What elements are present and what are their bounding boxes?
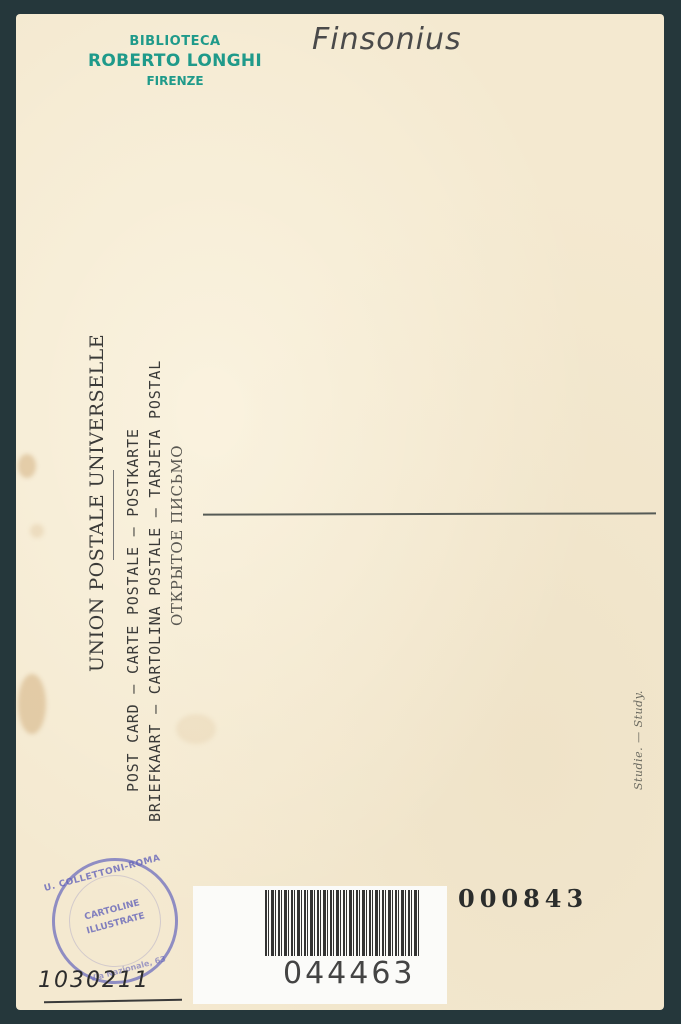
handwritten-inventory-number: 1030211 bbox=[38, 968, 150, 993]
serial-number: 000843 bbox=[458, 884, 588, 913]
barcode-number: 044463 bbox=[283, 956, 416, 991]
postcard-languages-line2: BRIEFKAART — CARTOLINA POSTALE — TARJETA… bbox=[146, 360, 164, 822]
barcode-icon bbox=[265, 890, 420, 956]
library-stamp-line2: ROBERTO LONGHI bbox=[70, 51, 280, 71]
stain bbox=[18, 454, 36, 478]
handwritten-artist-name: Finsonius bbox=[312, 22, 462, 57]
stain bbox=[18, 674, 46, 734]
postcard-languages-line1: POST CARD — CARTE POSTALE — POSTKARTE bbox=[124, 428, 142, 792]
stain bbox=[30, 524, 44, 538]
library-stamp-line1: BIBLIOTECA bbox=[70, 34, 280, 49]
barcode-label: 044463 bbox=[193, 886, 447, 1004]
library-stamp: BIBLIOTECA ROBERTO LONGHI FIRENZE bbox=[70, 34, 280, 88]
postcard-languages-line3: ОТКРЫТОЕ ПИСЬМО bbox=[168, 445, 186, 626]
stain bbox=[176, 714, 216, 744]
union-postale-heading: UNION POSTALE UNIVERSELLE bbox=[86, 334, 108, 672]
publisher-note: Studie. — Study. bbox=[632, 690, 645, 790]
heading-rule bbox=[113, 470, 114, 560]
library-stamp-line3: FIRENZE bbox=[70, 74, 280, 88]
